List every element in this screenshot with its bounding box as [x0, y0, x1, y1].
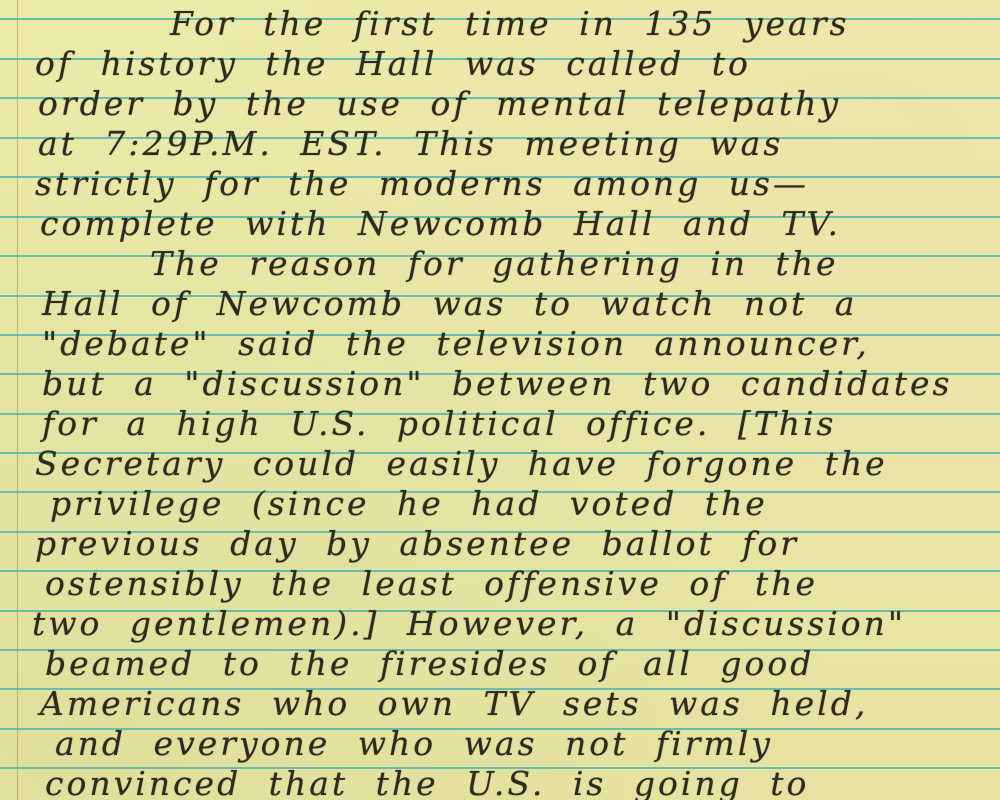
text-line: For the first time in 135 years	[170, 4, 1000, 44]
margin-line	[17, 0, 18, 800]
text-line: complete with Newcomb Hall and TV.	[40, 204, 1000, 244]
text-line: Secretary could easily have forgone the	[35, 444, 1000, 484]
notebook-page: For the first time in 135 years of histo…	[0, 0, 1000, 800]
text-line: for a high U.S. political office. [This	[42, 404, 1000, 444]
text-line: beamed to the firesides of all good	[45, 644, 1000, 684]
text-line: of history the Hall was called to	[35, 44, 1000, 84]
text-line: privilege (since he had voted the	[50, 484, 1000, 524]
text-line: and everyone who was not firmly	[55, 724, 1000, 764]
paragraph-start-line: The reason for gathering in the	[150, 244, 1000, 284]
text-line: at 7:29P.M. EST. This meeting was	[38, 124, 1000, 164]
text-line: Americans who own TV sets was held,	[40, 684, 1000, 724]
text-line: but a "discussion" between two candidate…	[42, 364, 1000, 404]
text-line: "debate" said the television announcer,	[42, 324, 1000, 364]
text-line: convinced that the U.S. is going to	[45, 764, 1000, 800]
text-line: two gentlemen).] However, a "discussion"	[32, 604, 1000, 644]
text-line: Hall of Newcomb was to watch not a	[42, 284, 1000, 324]
text-line: strictly for the moderns among us—	[35, 164, 1000, 204]
text-line: ostensibly the least offensive of the	[45, 564, 1000, 604]
text-line: order by the use of mental telepathy	[38, 84, 1000, 124]
text-line: previous day by absentee ballot for	[35, 524, 1000, 564]
